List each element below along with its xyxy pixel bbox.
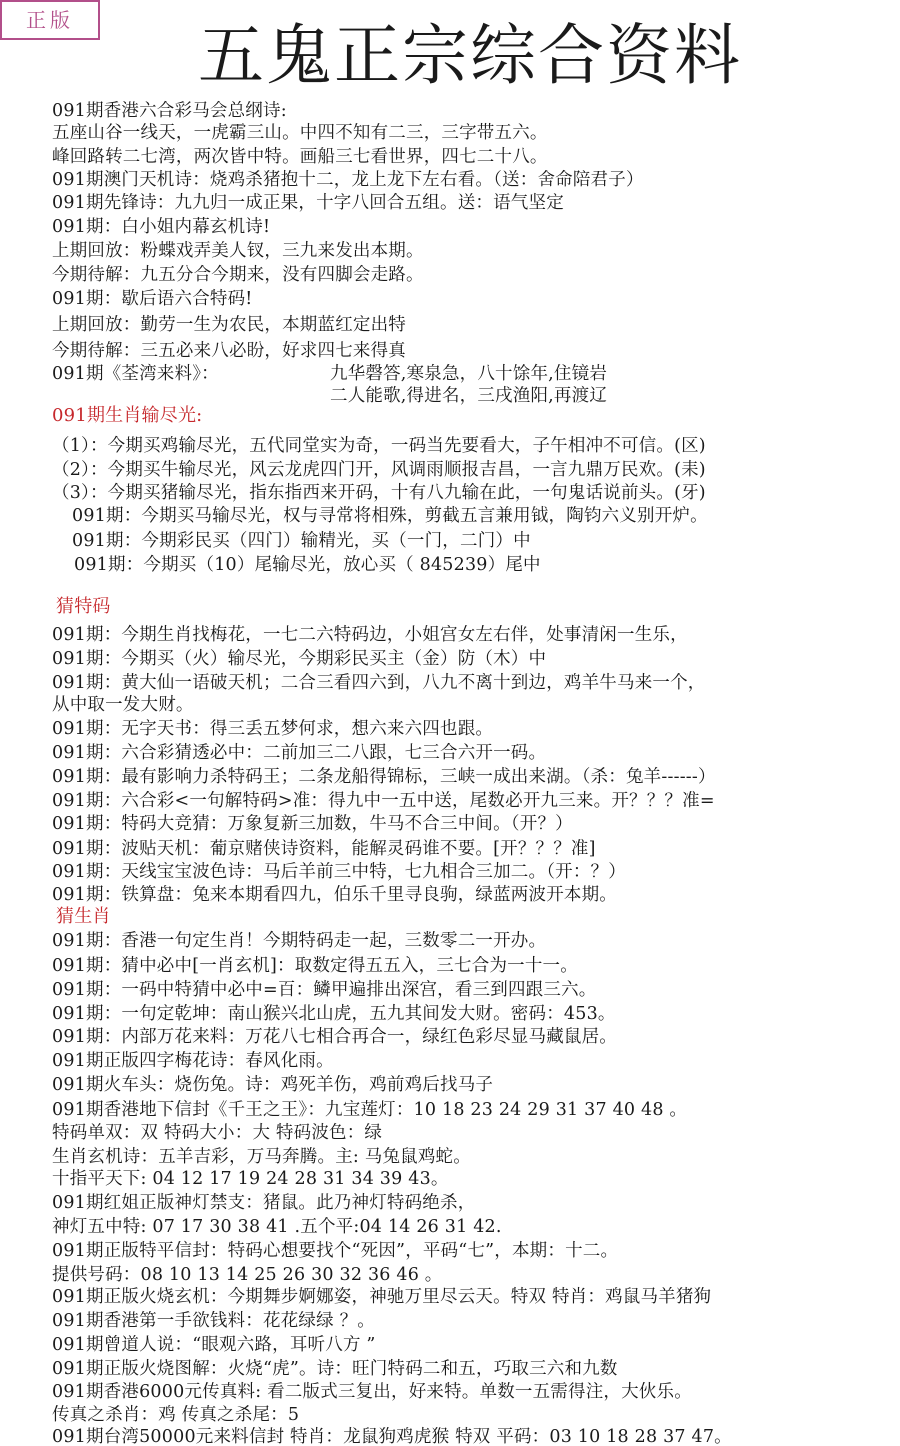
text-line: 091期：一码中特猜中必中=百：鳞甲遍排出深宫，看三到四跟三六。 (52, 979, 596, 1001)
text-line: 091期：一句定乾坤：南山猴兴北山虎，五九其间发大财。密码：453。 (52, 1003, 616, 1025)
text-line: 峰回路转二七湾，两次皆中特。画船三七看世界，四七二十八。 (52, 146, 548, 168)
text-line: 091期香港第一手欲钱料：花花绿绿 ？。 (52, 1310, 375, 1332)
text-line: 今期待解：三五必来八必盼，好求四七来得真 (52, 340, 406, 362)
text-line: 091期先锋诗：九九归一成正果，十字八回合五组。送：语气坚定 (52, 192, 564, 214)
text-line: 特码单双：双 特码大小：大 特码波色：绿 (52, 1122, 382, 1144)
text-line: 091期：天线宝宝波色诗：马后羊前三中特，七九相合三加二。（开：？） (52, 861, 626, 883)
quan-wan-line: 九华磬答,寒泉急，八十馀年,住镜岩 (330, 363, 607, 385)
text-line: 091期：今期买马输尽光，权与寻常将相殊，剪截五言兼用钺，陶钧六义别开炉。 (72, 505, 708, 527)
text-line: 091期：今期买（10）尾输尽光，放心买（ 845239）尾中 (74, 554, 541, 576)
text-line: 神灯五中特: 07 17 30 38 41 .五个平:04 14 26 31 4… (52, 1216, 502, 1238)
text-line: 091期正版四字梅花诗：春风化雨。 (52, 1050, 334, 1072)
text-line: 091期澳门天机诗：烧鸡杀猪抱十二，龙上龙下左右看。（送：舍命陪君子） (52, 169, 644, 191)
text-line: 091期：今期彩民买（四门）输精光，买（一门，二门）中 (72, 530, 531, 552)
text-line: 上期回放：勤劳一生为农民，本期蓝红定出特 (52, 314, 406, 336)
text-line: 091期正版火烧玄机：今期舞步婀娜姿，神驰万里尽云天。特双 特肖：鸡鼠马羊猪狗 (52, 1286, 711, 1308)
text-line: 091期：今期买（火）输尽光，今期彩民买主（金）防（木）中 (52, 648, 546, 670)
quan-wan-line: 二人能歌,得进名，三戌渔阳,再渡辽 (330, 385, 607, 407)
text-line: 从中取一发大财。 (52, 694, 194, 716)
text-line: 091期：今期生肖找梅花，一七二六特码边，小姐宫女左右伴，处事清闲一生乐， (52, 624, 688, 646)
text-line: 091期：特码大竞猜：万象复新三加数，牛马不合三中间。（开？） (52, 813, 573, 835)
section-heading: 猜特码 (56, 596, 111, 618)
text-line: 091期台湾50000元来料信封 特肖：龙鼠狗鸡虎猴 特双 平码：03 10 1… (52, 1426, 732, 1446)
text-line: 091期正版火烧图解：火烧“虎”。诗：旺门特码二和五，巧取三六和九数 (52, 1358, 618, 1380)
text-line: 091期：六合彩猜透必中：二前加三二八跟，七三合六开一码。 (52, 742, 546, 764)
text-line: 091期香港6000元传真料: 看二版式三复出，好来特。单数一五需得注，大伙乐。 (52, 1381, 692, 1403)
text-line: （3）：今期买猪输尽光，指东指西来开码，十有八九输在此，一句鬼话说前头。(牙) (52, 482, 706, 504)
text-line: 091期香港六合彩马会总纲诗: (52, 100, 287, 122)
section-heading: 猜生肖 (56, 906, 111, 928)
text-line: 提供号码：08 10 13 14 25 26 30 32 36 46 。 (52, 1264, 443, 1286)
text-line: （1）：今期买鸡输尽光，五代同堂实为奇，一码当先要看大，子午相冲不可信。(区) (52, 435, 706, 457)
text-line: 091期：波贴天机：葡京赌侠诗资料，能解灵码谁不要。[开？？？准] (52, 838, 596, 860)
text-line: 五座山谷一线天，一虎霸三山。中四不知有二三，三字带五六。 (52, 122, 548, 144)
text-line: 091期正版特平信封：特码心想要找个“死因”，平码“七”，本期：十二。 (52, 1240, 618, 1262)
text-line: 091期曾道人说：“眼观六路，耳听八方 ” (52, 1334, 376, 1356)
text-line: 091期：黄大仙一语破天机；二合三看四六到，八九不离十到边，鸡羊牛马来一个， (52, 672, 706, 694)
text-line: 091期：歇后语六合特码! (52, 288, 253, 310)
text-line: 十指平天下: 04 12 17 19 24 28 31 34 39 43。 (52, 1168, 449, 1190)
quan-wan-label: 091期《荃湾来料》： (52, 363, 219, 385)
text-line: 091期：白小姐内幕玄机诗! (52, 216, 270, 238)
text-line: 091期：铁算盘：兔来本期看四九，伯乐千里寻良驹，绿蓝两波开本期。 (52, 884, 617, 906)
text-line: 091期：最有影响力杀特码王；二条龙船得锦标，三峡一成出来湖。（杀：兔羊----… (52, 766, 716, 788)
section-heading: 091期生肖输尽光: (52, 405, 202, 427)
text-line: 上期回放：粉蝶戏弄美人钗，三九来发出本期。 (52, 240, 424, 262)
text-line: 091期火车头：烧伤兔。诗：鸡死羊伤，鸡前鸡后找马子 (52, 1074, 493, 1096)
text-line: 091期红姐正版神灯禁支：猪鼠。此乃神灯特码绝杀， (52, 1192, 475, 1214)
text-line: （2）：今期买牛输尽光，风云龙虎四门开，风调雨顺报吉昌，一言九鼎万民欢。(耒) (52, 459, 706, 481)
text-line: 生肖玄机诗：五羊吉彩，万马奔腾。主: 马兔鼠鸡蛇。 (52, 1146, 471, 1168)
page-title: 五鬼正宗综合资料 (0, 18, 900, 94)
text-line: 091期香港地下信封《千王之王》：九宝莲灯：10 18 23 24 29 31 … (52, 1099, 687, 1121)
text-line: 091期：内部万花来料：万花八七相合再合一，绿红色彩尽显马藏鼠居。 (52, 1026, 617, 1048)
text-line: 091期：猜中必中[一肖玄机]：取数定得五五入，三七合为一十一。 (52, 955, 578, 977)
text-line: 今期待解：九五分合今期来，没有四脚会走路。 (52, 264, 424, 286)
text-line: 091期：香港一句定生肖！今期特码走一起，三数零二一开办。 (52, 930, 546, 952)
text-line: 传真之杀肖：鸡 传真之杀尾：5 (52, 1404, 299, 1426)
text-line: 091期：六合彩<一句解特码>准：得九中一五中送，尾数必开九三来。开？？？准= (52, 790, 715, 812)
text-line: 091期：无字天书：得三丢五梦何求，想六来六四也跟。 (52, 718, 493, 740)
